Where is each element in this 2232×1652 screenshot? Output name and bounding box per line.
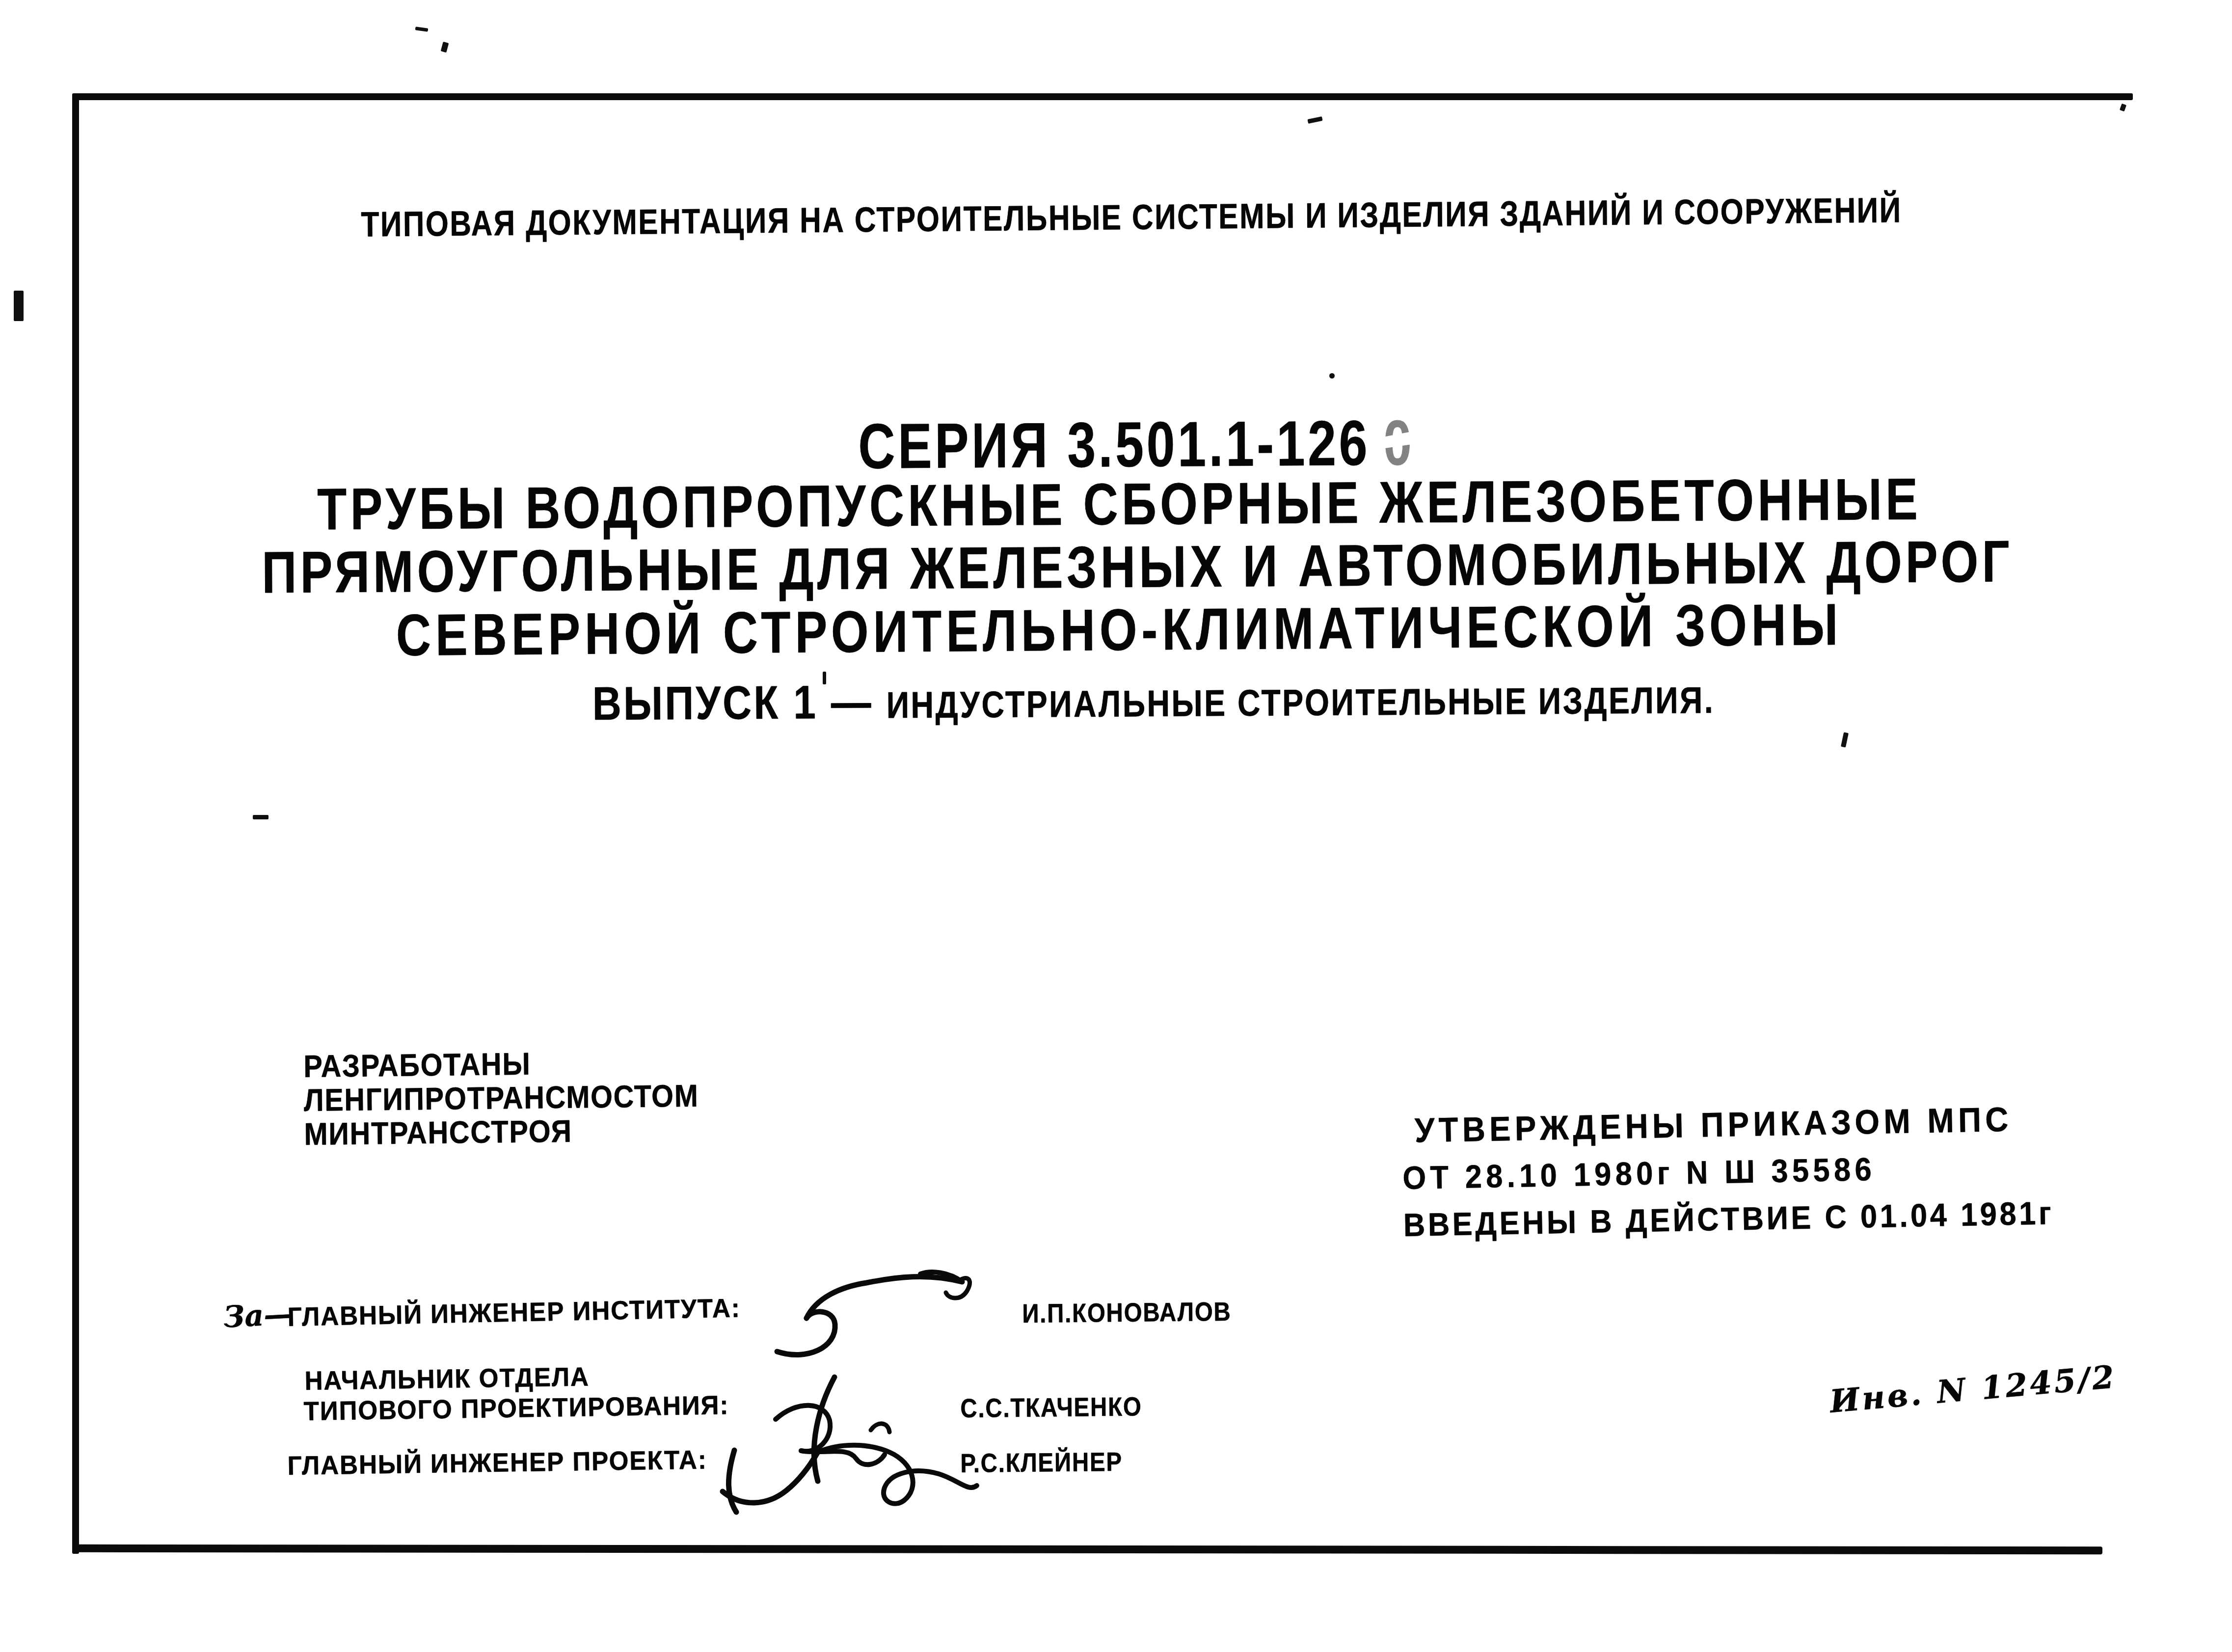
scan-speck bbox=[441, 42, 449, 53]
issue-line: ВЫПУСК 1 — ИНДУСТРИАЛЬНЫЕ СТРОИТЕЛЬНЫЕ И… bbox=[298, 668, 2009, 732]
title-subject-line-3: СЕВЕРНОЙ СТРОИТЕЛЬНО-КЛИМАТИЧЕСКОЙ ЗОНЫ bbox=[262, 590, 1977, 670]
developed-by-block: РАЗРАБОТАНЫ ЛЕНГИПРОТРАНСМОСТОМ МИНТРАНС… bbox=[303, 1045, 699, 1151]
konovalov-name: И.П.КОНОВАЛОВ bbox=[1022, 1297, 1232, 1329]
frame-border-bottom bbox=[72, 1544, 2102, 1554]
kleiner-name: Р.С.КЛЕЙНЕР bbox=[960, 1447, 1123, 1479]
chief-project-engineer-label: ГЛАВНЫЙ ИНЖЕНЕР ПРОЕКТА: bbox=[287, 1444, 707, 1481]
tkachenko-name: С.С.ТКАЧЕНКО bbox=[960, 1391, 1142, 1424]
issue-prefix: ВЫПУСК 1 — bbox=[592, 676, 887, 730]
issue-title: ИНДУСТРИАЛЬНЫЕ СТРОИТЕЛЬНЫЕ ИЗДЕЛИЯ. bbox=[886, 679, 1715, 726]
frame-border-left bbox=[72, 93, 79, 1554]
series-print-smudge: 0 bbox=[1383, 406, 1415, 478]
signature-kleiner bbox=[707, 1434, 987, 1522]
scan-speck bbox=[2120, 104, 2126, 112]
developed-by-line-1: РАЗРАБОТАНЫ bbox=[303, 1045, 699, 1083]
scan-speck bbox=[14, 291, 24, 321]
department-head-label-line-2: ТИПОВОГО ПРОЕКТИРОВАНИЯ: bbox=[303, 1390, 729, 1427]
handwritten-za-note: За— bbox=[222, 1297, 294, 1334]
developed-by-line-3: МИНТРАНССТРОЯ bbox=[304, 1113, 699, 1151]
inventory-number-note: Инв. N 1245/2 bbox=[1829, 1358, 2118, 1420]
signature-konovalov bbox=[763, 1269, 984, 1367]
document-header: ТИПОВАЯ ДОКУМЕНТАЦИЯ НА СТРОИТЕЛЬНЫЕ СИС… bbox=[264, 189, 2000, 245]
approval-block: УТВЕРЖДЕНЫ ПРИКАЗОМ МПС ОТ 28.10 1980г N… bbox=[1401, 1095, 2054, 1248]
scan-speck bbox=[1307, 116, 1322, 124]
chief-engineer-institute-label: ГЛАВНЫЙ ИНЖЕНЕР ИНСТИТУТА: bbox=[287, 1293, 741, 1332]
frame-border-top bbox=[74, 93, 2133, 100]
department-head-label-line-1: НАЧАЛЬНИК ОТДЕЛА bbox=[304, 1361, 590, 1396]
developed-by-line-2: ЛЕНГИПРОТРАНСМОСТОМ bbox=[304, 1079, 699, 1117]
scan-speck bbox=[415, 27, 429, 32]
scan-speck bbox=[1841, 732, 1849, 747]
scanned-title-page: ТИПОВАЯ ДОКУМЕНТАЦИЯ НА СТРОИТЕЛЬНЫЕ СИС… bbox=[0, 0, 2232, 1652]
scan-speck bbox=[253, 815, 269, 819]
scan-speck bbox=[1329, 373, 1335, 379]
scan-speck bbox=[823, 672, 826, 684]
